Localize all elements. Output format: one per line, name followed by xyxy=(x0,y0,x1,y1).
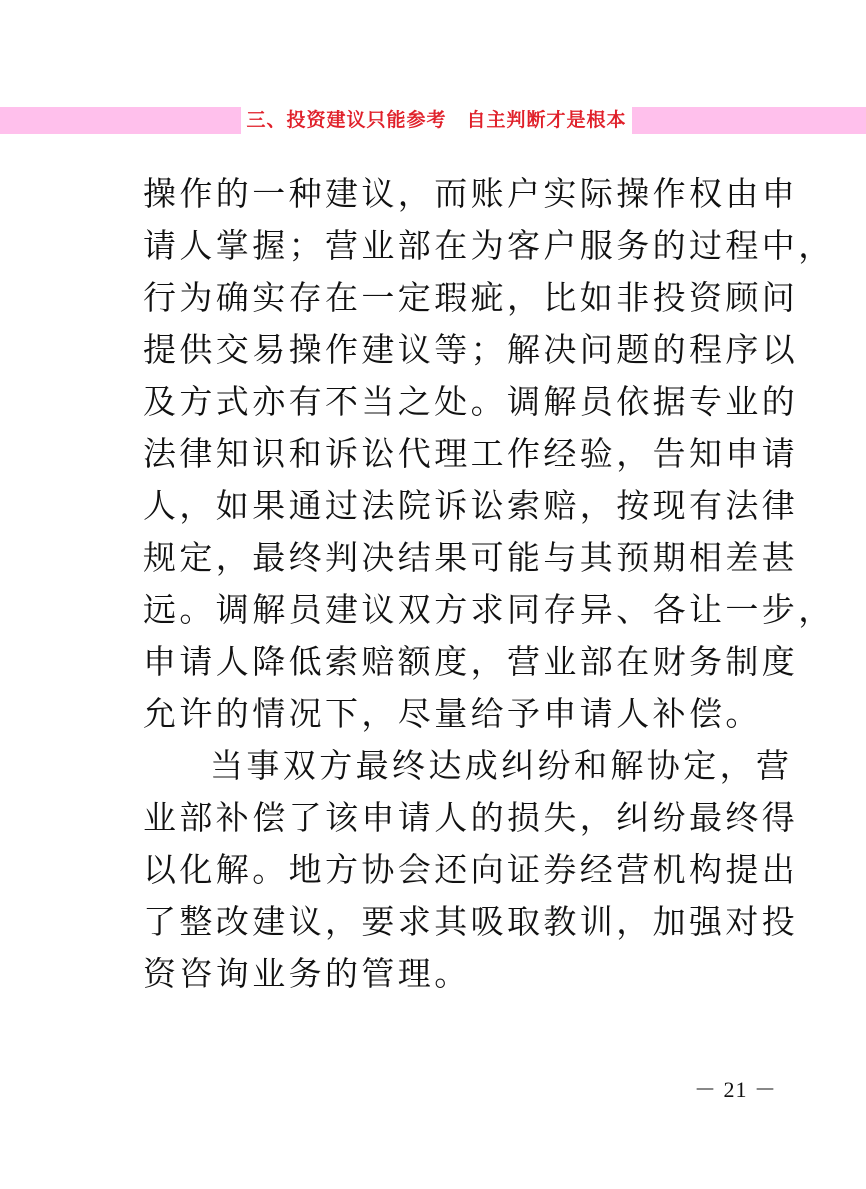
text-line: 资咨询业务的管理。 xyxy=(143,948,743,1000)
text-line: 请人掌握；营业部在为客户服务的过程中， xyxy=(143,220,743,272)
header-decor-bar-left xyxy=(0,107,241,134)
text-line: 及方式亦有不当之处。调解员依据专业的 xyxy=(143,376,743,428)
text-line: 提供交易操作建议等；解决问题的程序以 xyxy=(143,324,743,376)
header-decor-bar-right xyxy=(632,107,866,134)
paragraph-1: 操作的一种建议，而账户实际操作权由申 请人掌握；营业部在为客户服务的过程中， 行… xyxy=(143,168,743,740)
paragraph-2: 当事双方最终达成纠纷和解协定，营 业部补偿了该申请人的损失，纠纷最终得 以化解。… xyxy=(143,740,743,1000)
text-line: 以化解。地方协会还向证券经营机构提出 xyxy=(143,844,743,896)
text-line: 业部补偿了该申请人的损失，纠纷最终得 xyxy=(143,792,743,844)
text-line: 当事双方最终达成纠纷和解协定，营 xyxy=(143,740,743,792)
page-number: － 21 － xyxy=(694,1073,777,1104)
text-line: 远。调解员建议双方求同存异、各让一步， xyxy=(143,584,743,636)
text-line: 了整改建议，要求其吸取教训，加强对投 xyxy=(143,896,743,948)
text-line: 法律知识和诉讼代理工作经验，告知申请 xyxy=(143,428,743,480)
text-line: 行为确实存在一定瑕疵，比如非投资顾问 xyxy=(143,272,743,324)
text-line: 人，如果通过法院诉讼索赔，按现有法律 xyxy=(143,480,743,532)
text-line: 申请人降低索赔额度，营业部在财务制度 xyxy=(143,636,743,688)
text-line: 规定，最终判决结果可能与其预期相差甚 xyxy=(143,532,743,584)
text-line: 操作的一种建议，而账户实际操作权由申 xyxy=(143,168,743,220)
section-header-band: 三、投资建议只能参考 自主判断才是根本 xyxy=(0,107,866,134)
section-title: 三、投资建议只能参考 自主判断才是根本 xyxy=(241,107,632,134)
body-text: 操作的一种建议，而账户实际操作权由申 请人掌握；营业部在为客户服务的过程中， 行… xyxy=(143,168,743,1000)
text-line: 允许的情况下，尽量给予申请人补偿。 xyxy=(143,688,743,740)
